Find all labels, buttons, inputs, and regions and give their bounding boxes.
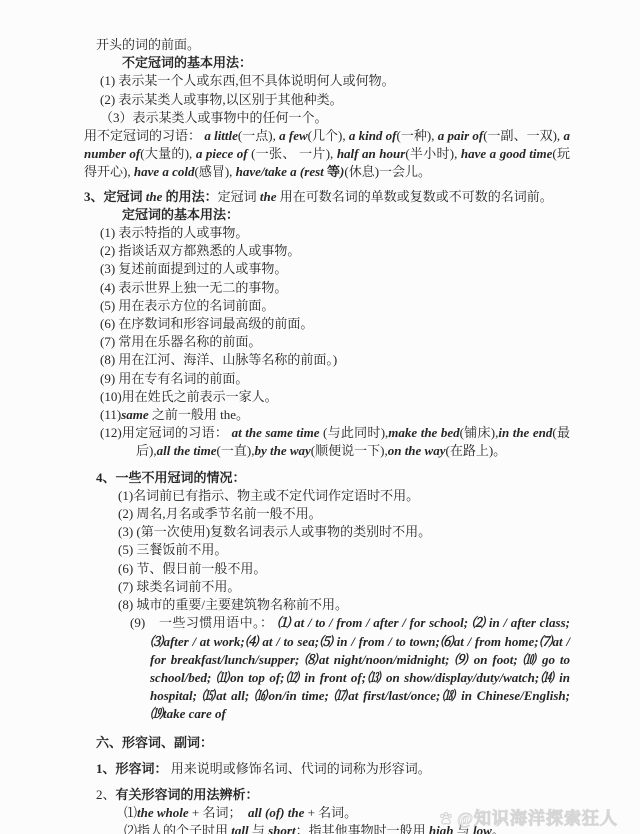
text-segment: (1) 表示某一个人或东西,但不具体说明何人或何物。: [100, 73, 395, 88]
text-segment: same: [121, 407, 148, 422]
text-segment: tall: [231, 823, 248, 834]
definite-usage-item-10: (10)用在姓氏之前表示一家人。: [100, 388, 570, 406]
text-segment: a kind of: [349, 128, 397, 143]
text-segment: (6) 节、假日前一般不用。: [118, 561, 266, 576]
text-segment: 2、: [96, 787, 116, 802]
text-segment: make the bed: [388, 425, 459, 440]
definite-usage-item-9: (9) 用在专有名词的前面。: [100, 370, 570, 388]
text-segment: 定冠词的基本用法：: [122, 207, 239, 222]
text-segment: 之前一般用 the。: [149, 407, 249, 422]
text-segment: (2) 指谈话双方都熟悉的人或事物。: [100, 243, 300, 258]
text-segment: 与: [249, 823, 269, 834]
text-segment: 4、一些不用冠词的情况：: [96, 470, 246, 485]
indefinite-usage-item-1: (1) 表示某一个人或东西,但不具体说明何人或何物。: [100, 72, 570, 90]
section-4-no-article-heading: 4、一些不用冠词的情况：: [96, 469, 570, 487]
text-segment: short: [268, 823, 295, 834]
text-segment: ⑵指人的个子时用: [124, 823, 231, 834]
text-segment: 3、定冠词: [84, 189, 146, 204]
text-segment: (休息)一会儿。: [344, 164, 431, 179]
no-article-item-7: (7) 球类名词前不用。: [118, 578, 570, 596]
definite-usage-item-2: (2) 指谈话双方都熟悉的人或事物。: [100, 242, 570, 260]
definite-usage-item-6: (6) 在序数词和形容词最高级的前面。: [100, 315, 570, 333]
text-segment: 不定冠词的基本用法：: [122, 55, 252, 70]
definite-usage-item-1: (1) 表示特指的人或事物。: [100, 224, 570, 242]
indefinite-usage-item-2: (2) 表示某类人或事物,以区别于其他种类。: [100, 91, 570, 109]
text-segment: (7) 常用在乐器名称的前面。: [100, 334, 261, 349]
no-article-item-1: (1)名词前已有指示、物主或不定代词作定语时不用。: [118, 487, 570, 505]
text-segment: (大量的),: [140, 146, 196, 161]
document-page: 开头的词的前面。 不定冠词的基本用法： (1) 表示某一个人或东西,但不具体说明…: [0, 0, 640, 834]
text-segment: 开头的词的前面。: [96, 37, 200, 52]
text-segment: 用不定冠词的习语：: [84, 128, 204, 143]
text-segment: (12)用定冠词的习语：: [100, 425, 232, 440]
text-segment: at the same time: [232, 425, 320, 440]
text-segment: (几个),: [308, 128, 349, 143]
text-segment: (10)用在姓氏之前表示一家人。: [100, 389, 278, 404]
text-segment: have a cold: [134, 164, 195, 179]
text-segment: (7) 球类名词前不用。: [118, 579, 240, 594]
text-segment: (8) 用在江河、海洋、山脉等名称的前面。): [100, 352, 337, 367]
definite-usage-item-8: (8) 用在江河、海洋、山脉等名称的前面。): [100, 351, 570, 369]
no-article-item-9-habitual-phrases: (9) 一些习惯用语中。： ⑴ at / to / from / after /…: [84, 614, 570, 723]
text-segment: (铺床),: [460, 425, 499, 440]
definite-usage-item-3: (3) 复述前面提到过的人或事物。: [100, 260, 570, 278]
text-segment: 1、形容词：: [96, 761, 168, 776]
text-segment: (一直),: [217, 443, 255, 458]
text-segment: ⑴: [124, 805, 137, 820]
text-segment: (一张、 一片),: [251, 146, 337, 161]
no-article-item-6: (6) 节、假日前一般不用。: [118, 560, 570, 578]
text-segment: (在路上)。: [446, 443, 507, 458]
paw-icon: [437, 810, 455, 828]
text-segment: (2) 周名,月名或季节名前一般不用。: [118, 506, 322, 521]
text-segment: a pair of: [438, 128, 484, 143]
text-segment: (2) 表示某类人或事物,以区别于其他种类。: [100, 92, 343, 107]
adjective-usage-analysis-heading: 2、有关形容词的用法辨析：: [96, 786, 570, 804]
watermark: @知识海洋探索狂人: [437, 810, 618, 828]
definite-usage-item-5: (5) 用在表示方位的名词前面。: [100, 297, 570, 315]
text-segment: (8) 城市的重要/主要建筑物名称前不用。: [118, 597, 348, 612]
no-article-item-8: (8) 城市的重要/主要建筑物名称前不用。: [118, 596, 570, 614]
text-segment: have a good time: [461, 146, 552, 161]
text-segment: (3) (第一次使用)复数名词表示人或事物的类别时不用。: [118, 524, 431, 539]
definite-usage-item-12-idioms: (12)用定冠词的习语： at the same time (与此同时),mak…: [100, 424, 570, 460]
text-segment: 的用法：: [162, 189, 217, 204]
text-segment: (一点),: [238, 128, 279, 143]
text-segment: (5) 用在表示方位的名词前面。: [100, 298, 274, 313]
text-segment: 定冠词: [218, 189, 260, 204]
text-segment: (一种),: [397, 128, 438, 143]
definite-usage-item-11: (11)same 之前一般用 the。: [100, 406, 570, 424]
intro-line: 开头的词的前面。: [96, 36, 570, 54]
definite-usage-item-4: (4) 表示世界上独一无二的事物。: [100, 279, 570, 297]
text-segment: 用在可数名词的单数或复数或不可数的名词前。: [277, 189, 553, 204]
text-segment: have/take a (rest: [236, 164, 327, 179]
text-segment: 等: [327, 164, 340, 179]
text-segment: a little: [204, 128, 238, 143]
text-segment: + 名词。: [304, 805, 357, 820]
text-segment: (一副、一双),: [483, 128, 563, 143]
text-segment: ；指其他事物时一般用: [296, 823, 429, 834]
text-segment: (9) 用在专有名词的前面。: [100, 371, 248, 386]
text-segment: (5) 三餐饭前不用。: [118, 542, 227, 557]
definite-article-usage-heading: 定冠词的基本用法：: [122, 206, 570, 224]
adjective-definition: 1、形容词： 用来说明或修饰名词、代词的词称为形容词。: [96, 760, 570, 778]
text-segment: （3）表示某类人或事物中的任何一个。: [100, 110, 328, 125]
text-segment: (9) 一些习惯用语中。：: [130, 615, 277, 630]
text-segment: all the time: [157, 443, 217, 458]
text-segment: the whole: [137, 805, 189, 820]
text-segment: (6) 在序数词和形容词最高级的前面。: [100, 316, 313, 331]
text-segment: 六、形容词、副词：: [96, 735, 213, 750]
indefinite-usage-item-3: （3）表示某类人或事物中的任何一个。: [100, 109, 570, 127]
text-segment: (11): [100, 407, 121, 422]
no-article-item-2: (2) 周名,月名或季节名前一般不用。: [118, 505, 570, 523]
text-segment: a piece of: [196, 146, 251, 161]
indefinite-article-usage-heading: 不定冠词的基本用法：: [122, 54, 570, 72]
text-segment: all (of) the: [248, 805, 304, 820]
text-segment: by the way: [254, 443, 310, 458]
text-segment: + 名词；: [189, 805, 248, 820]
text-segment: (半小时),: [405, 146, 461, 161]
text-segment: (4) 表示世界上独一无二的事物。: [100, 280, 287, 295]
watermark-handle: @知识海洋探索狂人: [457, 810, 618, 828]
text-segment: the: [146, 189, 163, 204]
text-segment: on the way: [388, 443, 446, 458]
text-segment: (与此同时),: [319, 425, 388, 440]
text-segment: a few: [279, 128, 308, 143]
text-segment: 有关形容词的用法辨析：: [116, 787, 259, 802]
text-segment: half an hour: [337, 146, 405, 161]
text-segment: (1)名词前已有指示、物主或不定代词作定语时不用。: [118, 488, 419, 503]
text-segment: (顺便说一下),: [311, 443, 388, 458]
section-3-definite-article-title: 3、定冠词 the 的用法：定冠词 the 用在可数名词的单数或复数或不可数的名…: [84, 188, 570, 206]
definite-usage-item-7: (7) 常用在乐器名称的前面。: [100, 333, 570, 351]
text-segment: (感冒),: [195, 164, 236, 179]
text-segment: 用来说明或修饰名词、代词的词称为形容词。: [168, 761, 431, 776]
section-6-adjectives-adverbs-heading: 六、形容词、副词：: [96, 734, 570, 752]
text-segment: the: [260, 189, 277, 204]
text-segment: in the end: [498, 425, 552, 440]
indefinite-article-idioms-paragraph: 用不定冠词的习语： a little(一点), a few(几个), a kin…: [84, 127, 570, 182]
text-segment: ⑴ at / to / from / after / for school; ⑵…: [150, 615, 570, 721]
text-segment: (3) 复述前面提到过的人或事物。: [100, 261, 287, 276]
no-article-item-5: (5) 三餐饭前不用。: [118, 541, 570, 559]
text-segment: (1) 表示特指的人或事物。: [100, 225, 248, 240]
no-article-item-3: (3) (第一次使用)复数名词表示人或事物的类别时不用。: [118, 523, 570, 541]
